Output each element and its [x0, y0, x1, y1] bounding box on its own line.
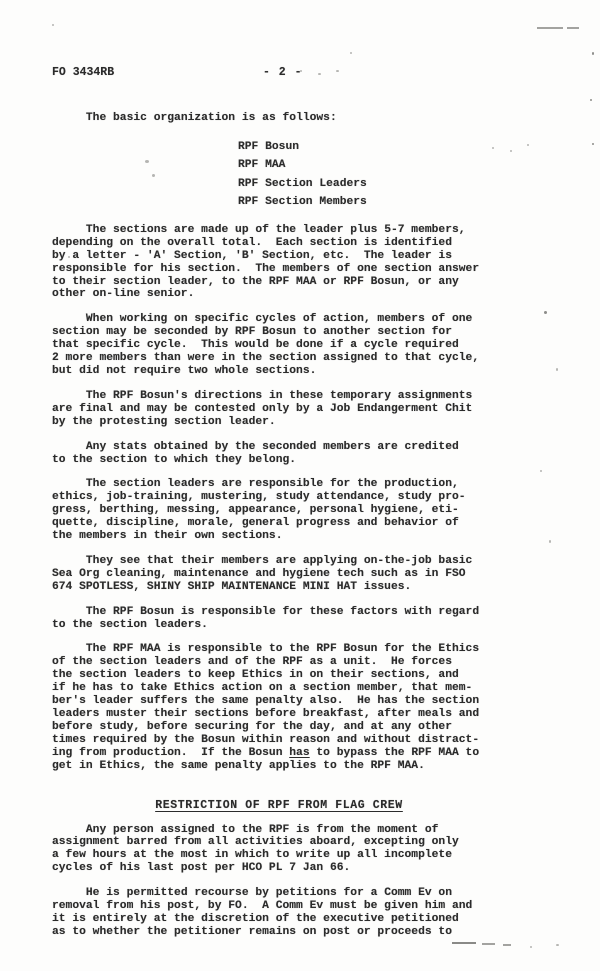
intro-line: The basic organization is as follows: — [52, 112, 566, 125]
document-reference: FO 3434RB — [52, 66, 114, 79]
scan-artifact — [530, 946, 532, 948]
underlined-word: has — [289, 747, 309, 759]
scan-artifact — [590, 99, 592, 101]
scan-artifact — [567, 27, 579, 29]
paragraph-bosun-responsible: The RPF Bosun is responsible for these f… — [52, 606, 566, 632]
scan-artifact — [537, 27, 563, 29]
org-list-item-section-members: RPF Section Members — [238, 193, 566, 212]
page-number: - 2 - — [263, 66, 303, 79]
document-body: The basic organization is as follows: RP… — [52, 112, 566, 939]
scan-artifact — [52, 24, 54, 26]
paragraph-bosun-directions: The RPF Bosun's directions in these temp… — [52, 390, 566, 429]
scan-artifact — [556, 944, 559, 946]
scan-artifact — [503, 944, 511, 946]
section-heading-restriction: RESTRICTION OF RPF FROM FLAG CREW — [52, 799, 506, 812]
document-header: FO 3434RB - 2 - — [52, 66, 570, 79]
paragraph-sections-makeup: The sections are made up of the leader p… — [52, 224, 566, 301]
paragraph-text-pre: The RPF MAA is responsible to the RPF Bo… — [52, 643, 479, 758]
scan-artifact — [482, 943, 495, 945]
scan-artifact — [592, 143, 594, 145]
scan-artifact — [592, 52, 594, 55]
org-list-item-maa: RPF MAA — [238, 156, 566, 175]
paragraph-seconding: When working on specific cycles of actio… — [52, 313, 566, 378]
paragraph-rpf-maa-ethics: The RPF MAA is responsible to the RPF Bo… — [52, 643, 566, 772]
paragraph-comm-ev-recourse: He is permitted recourse by petitions fo… — [52, 887, 566, 939]
paragraph-restriction-barred: Any person assigned to the RPF is from t… — [52, 824, 566, 876]
document-page: FO 3434RB - 2 - The basic organization i… — [0, 0, 600, 971]
org-list-item-section-leaders: RPF Section Leaders — [238, 175, 566, 194]
scan-artifact — [452, 942, 476, 944]
paragraph-cleaning-tech: They see that their members are applying… — [52, 555, 566, 594]
org-list-item-bosun: RPF Bosun — [238, 138, 566, 157]
org-structure-list: RPF Bosun RPF MAA RPF Section Leaders RP… — [238, 138, 566, 212]
paragraph-section-leaders-duties: The section leaders are responsible for … — [52, 478, 566, 543]
scan-artifact — [350, 52, 352, 54]
paragraph-stats-credit: Any stats obtained by the seconded membe… — [52, 441, 566, 467]
